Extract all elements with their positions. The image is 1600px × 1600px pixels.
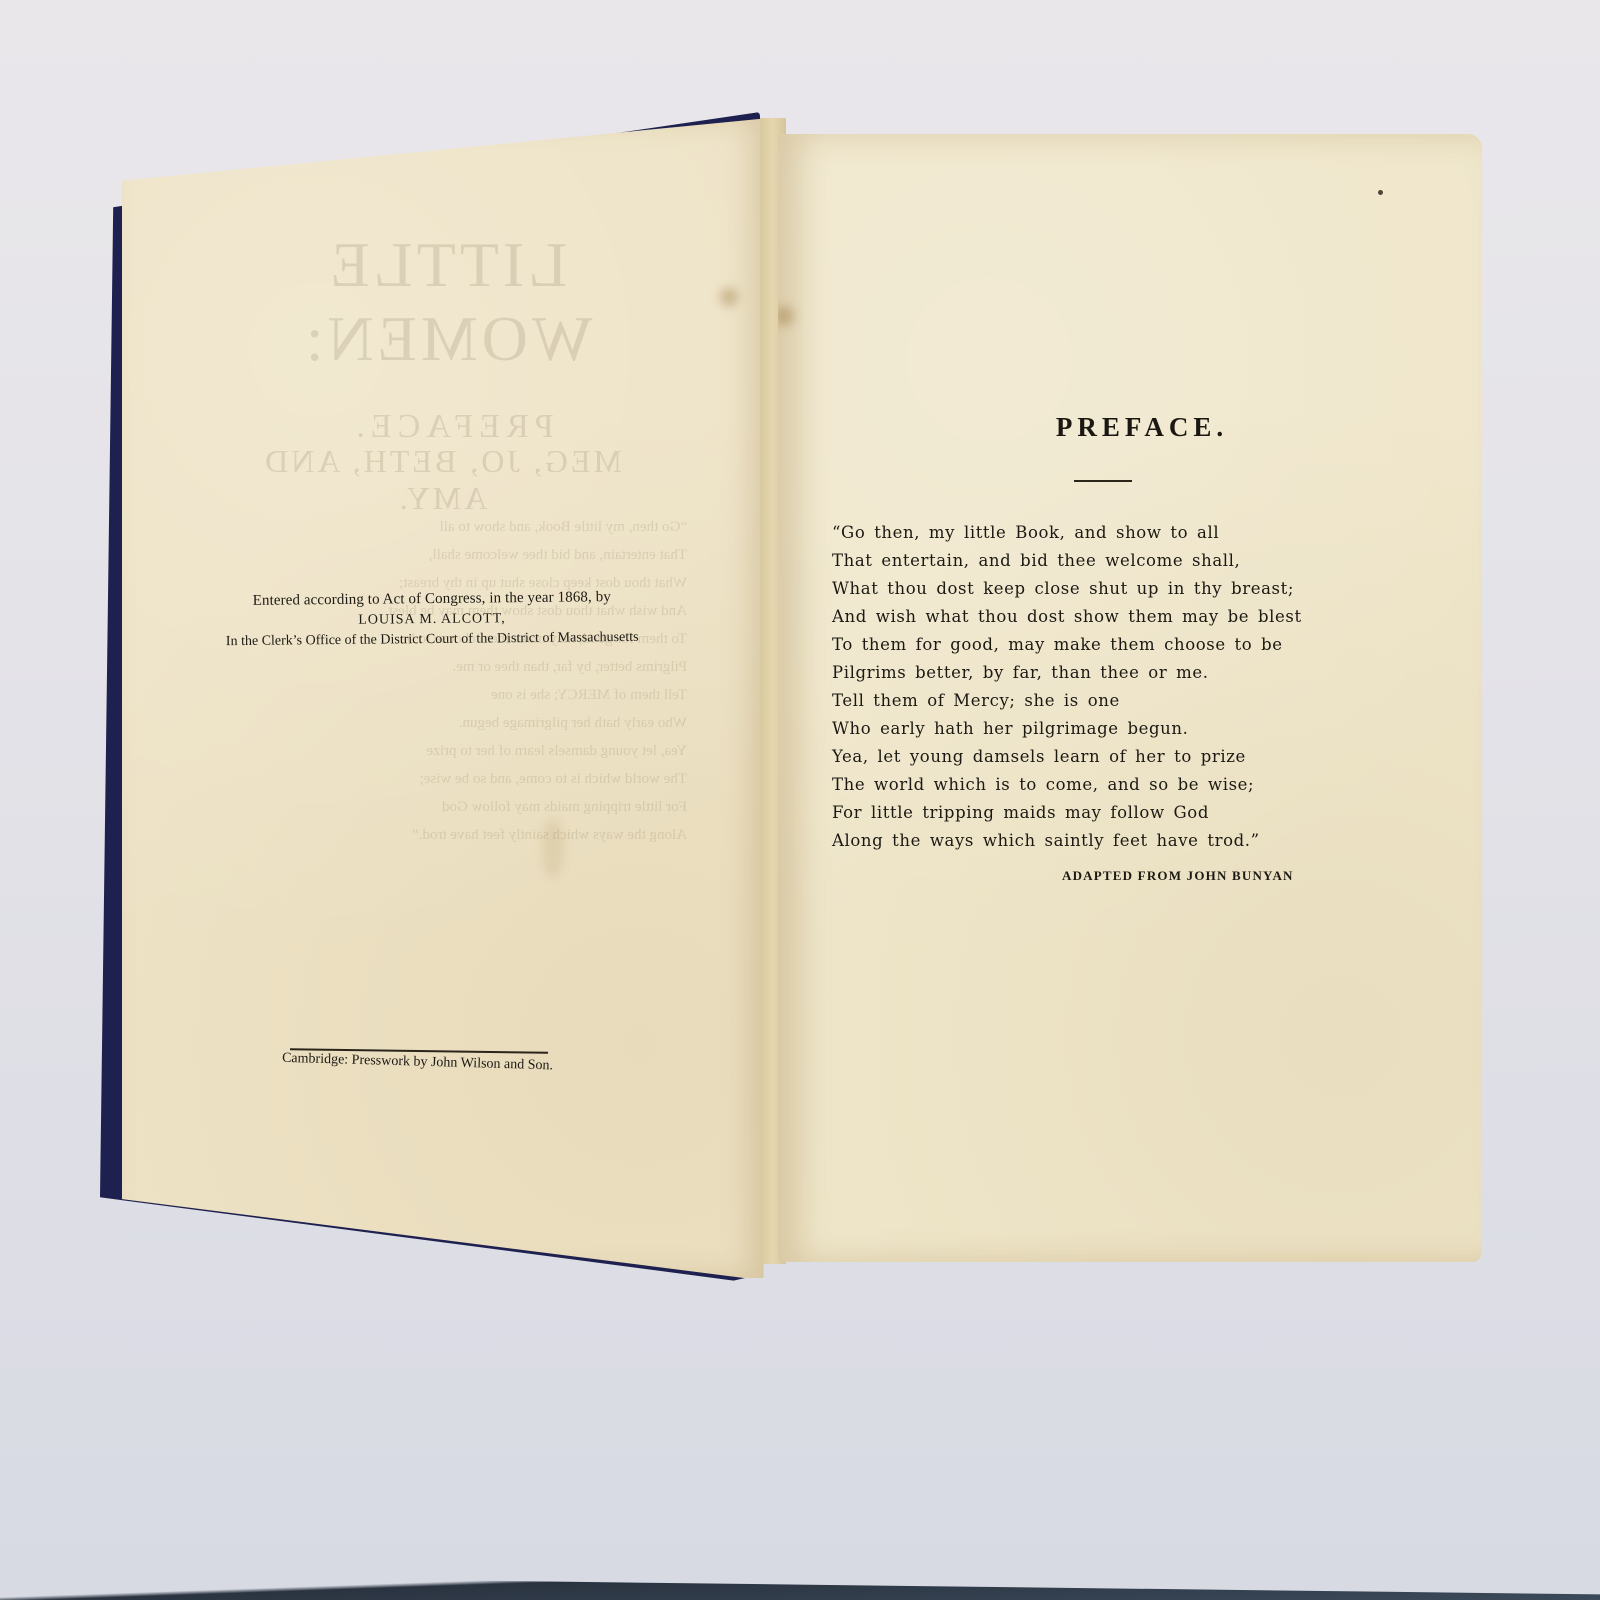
bleed-line: For little tripping maids may follow God: [297, 793, 687, 821]
verse-line: Yea, let young damsels learn of her to p…: [832, 743, 1432, 771]
copyright-line-1: Entered according to Act of Congress, in…: [192, 588, 672, 610]
foxing-stain: [778, 306, 794, 326]
verse-line: Tell them of Mercy; she is one: [832, 687, 1432, 715]
verse-line: And wish what thou dost show them may be…: [832, 603, 1432, 631]
bleed-through-subtitle: PREFACE.: [262, 408, 642, 446]
verse-attribution: ADAPTED FROM JOHN BUNYAN: [1062, 868, 1294, 884]
foxing-stain: [720, 288, 738, 306]
foxing-stain: [1378, 190, 1383, 195]
bleed-line: Yea, let young damsels learn of her to p…: [297, 737, 687, 765]
right-page-preface: PREFACE. “Go then, my little Book, and s…: [778, 134, 1482, 1262]
verse-line: The world which is to come, and so be wi…: [832, 771, 1432, 799]
bleed-line: “Go then, my little Book, and show to al…: [297, 513, 687, 541]
bleed-line: That entertain, and bid thee welcome sha…: [297, 541, 687, 569]
verse-line: Who early hath her pilgrimage begun.: [832, 715, 1432, 743]
preface-verse: “Go then, my little Book, and show to al…: [832, 519, 1432, 855]
bleed-line: Tell them of MERCY; she is one: [297, 681, 687, 709]
title-rule: [1074, 480, 1132, 482]
copyright-author: LOUISA M. ALCOTT,: [192, 609, 672, 630]
printer-imprint: Cambridge: Presswork by John Wilson and …: [282, 1051, 582, 1075]
bleed-through-subtitle-2: MEG, JO, BETH, AND AMY.: [232, 443, 652, 517]
verse-line: “Go then, my little Book, and show to al…: [832, 519, 1432, 547]
copyright-notice: Entered according to Act of Congress, in…: [192, 588, 673, 650]
bleed-line: Pilgrims better, by far, than thee or me…: [297, 653, 687, 681]
foxing-stain: [542, 818, 564, 878]
verse-line: Pilgrims better, by far, than thee or me…: [832, 659, 1432, 687]
bleed-line: Who early hath her pilgrimage begun.: [297, 709, 687, 737]
bleed-line: Along the ways which saintly feet have t…: [297, 821, 687, 849]
left-page-copyright: LITTLE WOMEN: PREFACE. MEG, JO, BETH, AN…: [122, 118, 770, 1278]
verse-line: To them for good, may make them choose t…: [832, 631, 1432, 659]
verse-line: For little tripping maids may follow God: [832, 799, 1432, 827]
verse-line: That entertain, and bid thee welcome sha…: [832, 547, 1432, 575]
bleed-line: The world which is to come, and so be wi…: [297, 765, 687, 793]
verse-line: What thou dost keep close shut up in thy…: [832, 575, 1432, 603]
verse-line: Along the ways which saintly feet have t…: [832, 827, 1432, 855]
preface-title: PREFACE.: [778, 412, 1482, 443]
bleed-through-verse: “Go then, my little Book, and show to al…: [297, 513, 687, 849]
bleed-through-title: LITTLE WOMEN:: [217, 228, 677, 376]
